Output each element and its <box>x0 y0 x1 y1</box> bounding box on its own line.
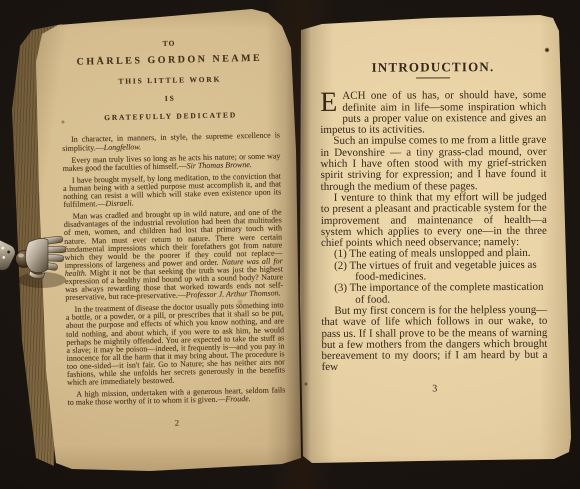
quote-attribution: Disraeli. <box>105 199 133 209</box>
quote-froude: A high mission, undertaken with a genero… <box>67 387 285 408</box>
intro-paragraph-1: EACH one of us has, or should have, some… <box>320 90 546 136</box>
quote-text: In character, in manners, in style, the … <box>62 131 280 153</box>
observance-list: (1) The eating of meals unslopped and pl… <box>321 248 547 306</box>
paragraph-text: ACH one of us has, or should have, some … <box>320 89 546 136</box>
book-photo: TO CHARLES GORDON NEAME THIS LITTLE WORK… <box>0 0 580 489</box>
quote-text: A high mission, undertaken with a genero… <box>67 386 285 408</box>
heading-rule <box>416 78 450 79</box>
intro-paragraph-2: Such an impulse comes to me from a littl… <box>320 135 546 193</box>
right-page-number: 3 <box>322 383 548 395</box>
quote-text: In the treatment of disease the doctor u… <box>66 301 285 387</box>
list-item-2: (2) The virtues of fruit and vegetable j… <box>321 260 547 284</box>
quote-doctor: In the treatment of disease the doctor u… <box>66 302 286 387</box>
silver-hand-page-clip-icon <box>0 222 68 298</box>
dedication-line-1: THIS LITTLE WORK <box>61 75 279 88</box>
quote-text: I have brought myself, by long meditatio… <box>63 171 281 209</box>
list-item-3: (3) The importance of the complete masti… <box>321 282 547 306</box>
quote-attribution: Professor J. Arthur Thomson. <box>186 289 281 300</box>
intro-paragraph-3: I venture to think that my effort will b… <box>321 192 547 250</box>
quote-attribution: Froude. <box>225 394 250 404</box>
clip-cuff <box>0 233 18 273</box>
dedication-line-3: GRATEFULLY DEDICATED <box>62 111 280 124</box>
clip-wrist-highlight <box>18 254 24 258</box>
quote-browne: Every man truly lives so long as he acts… <box>62 152 280 173</box>
quote-longfellow: In character, in manners, in style, the … <box>62 132 280 153</box>
quote-thomson: Man was cradled and brought up in wild n… <box>64 209 284 303</box>
intro-paragraph-4: But my first concern is for the helpless… <box>321 305 547 374</box>
left-page-content: TO CHARLES GORDON NEAME THIS LITTLE WORK… <box>60 37 286 429</box>
dedication-name: CHARLES GORDON NEAME <box>60 55 278 68</box>
chapter-heading: INTRODUCTION. <box>320 61 546 73</box>
quote-attribution: Longfellow. <box>104 142 142 152</box>
dedication-line-2: IS <box>61 93 279 106</box>
drop-cap: E <box>320 91 342 114</box>
right-page-content: INTRODUCTION. EACH one of us has, or sho… <box>320 61 548 395</box>
quote-disraeli: I have brought myself, by long meditatio… <box>63 172 282 209</box>
quote-attribution: Sir Thomas Browne. <box>186 160 251 170</box>
